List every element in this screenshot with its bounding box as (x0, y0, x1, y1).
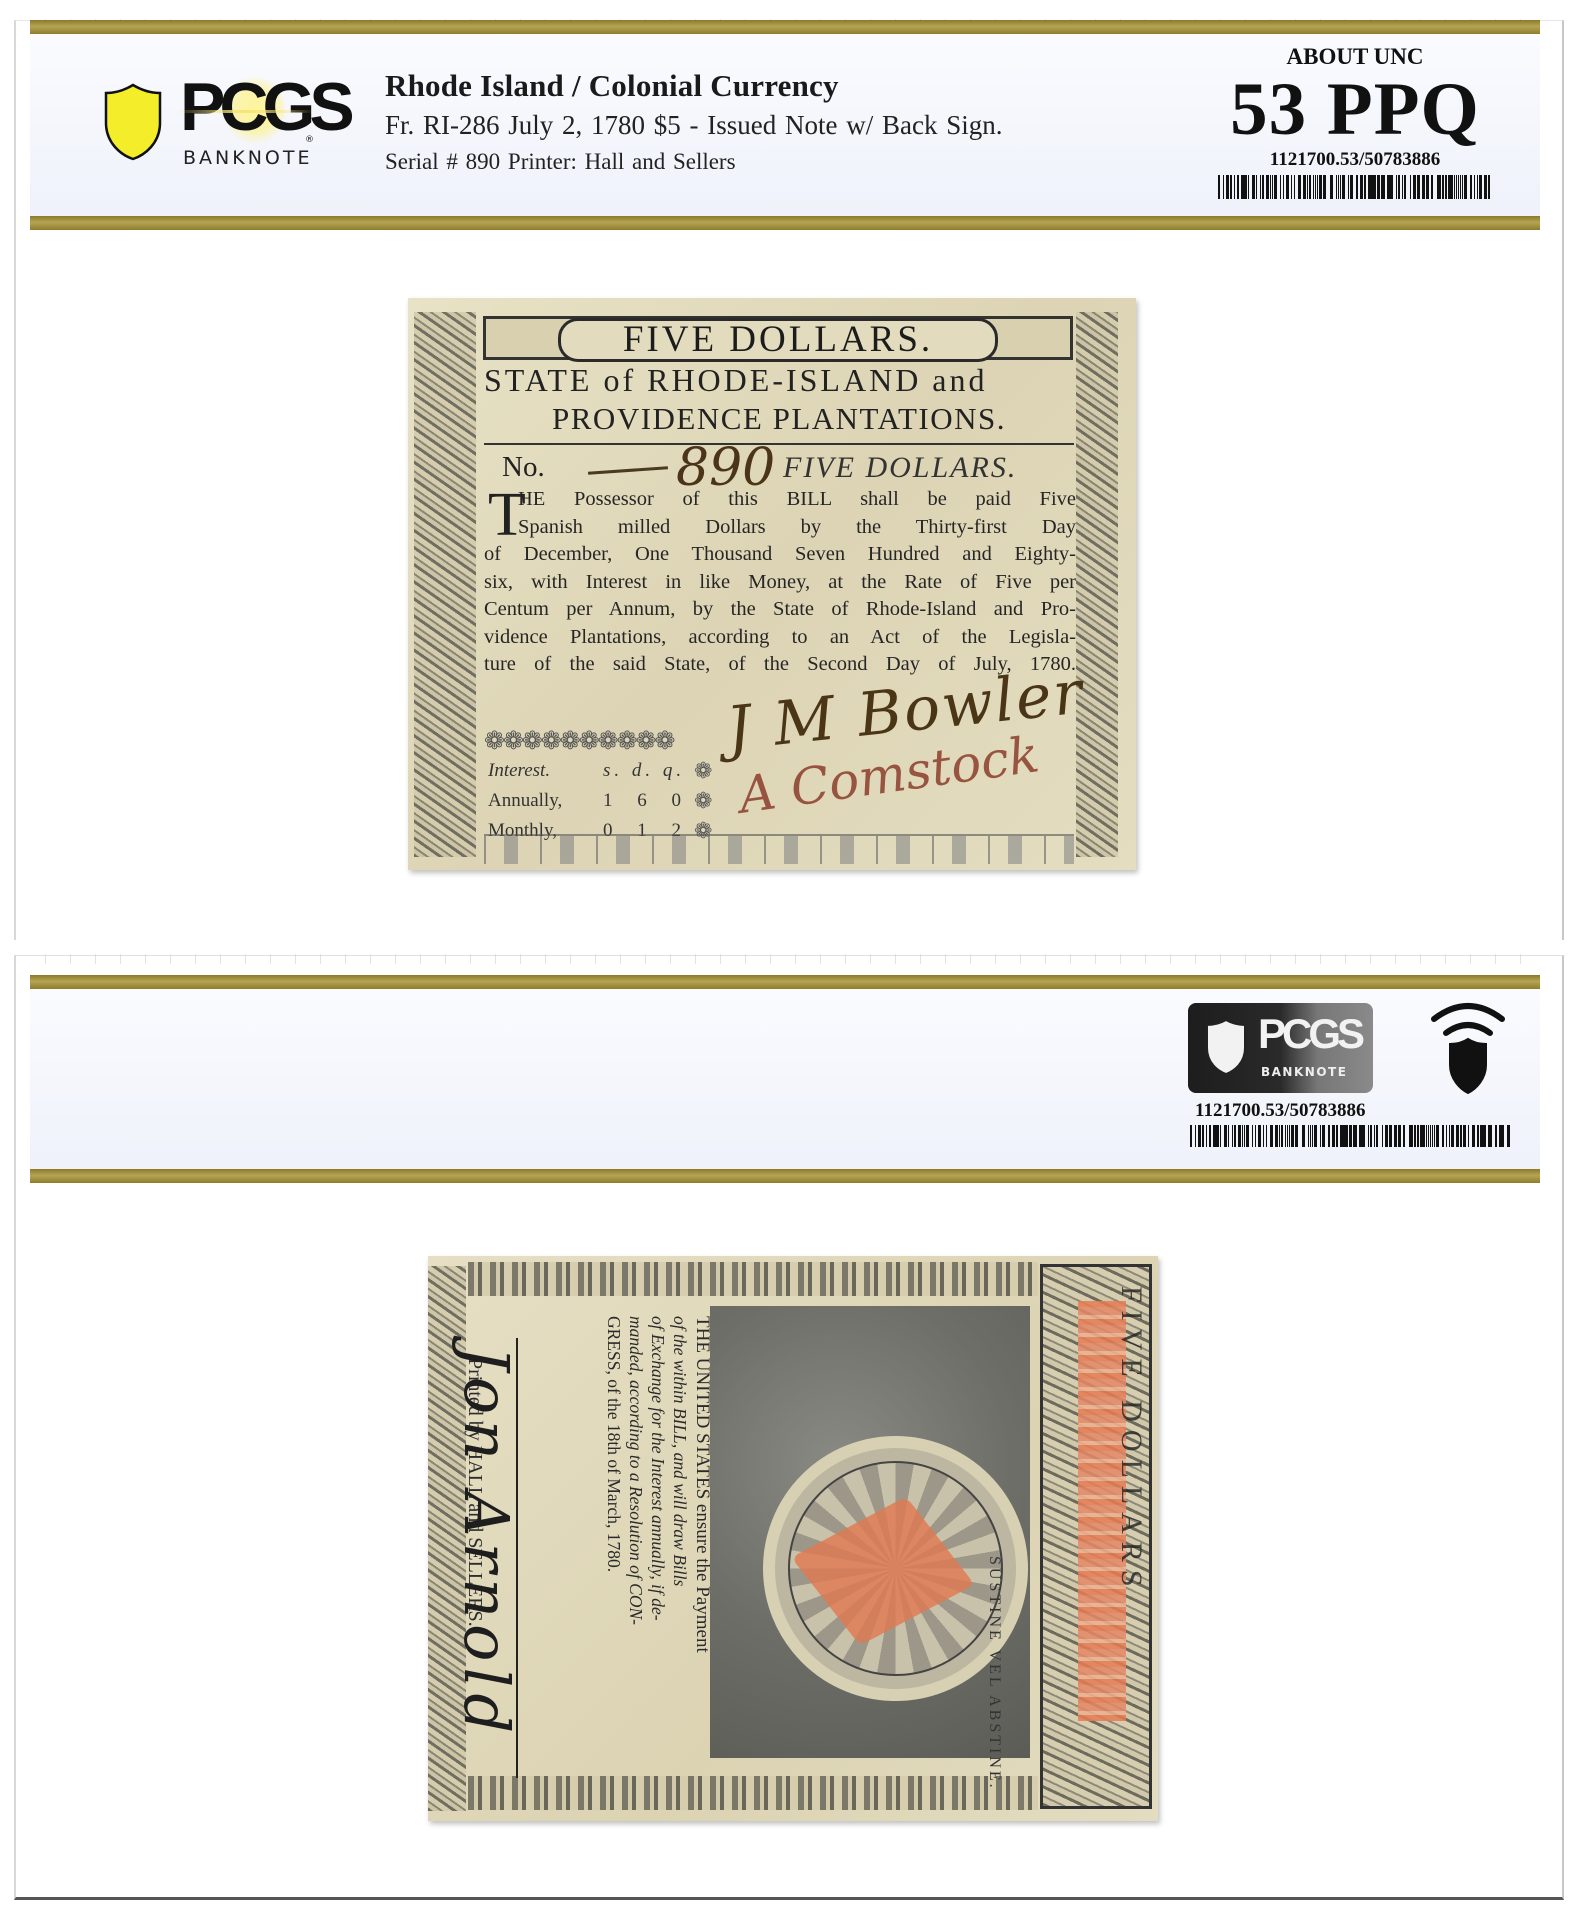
body-line: of December, One Thousand Seven Hundred … (484, 541, 1076, 569)
grade-value: 53 PPQ (1210, 72, 1500, 147)
shield-white-icon (1204, 1018, 1248, 1076)
brand-name: PCGS (180, 73, 349, 141)
label-catalog-line: Fr. RI-286 July 2, 1780 $5 - Issued Note… (385, 110, 1002, 141)
label-title: Rhode Island / Colonial Currency (385, 68, 1002, 104)
brand-sub: BANKNOTE (183, 147, 312, 169)
guarantee-line: manded, according to a Resolution of CON… (625, 1316, 647, 1786)
guarantee-rotated: THE UNITED STATES ensure the Payment of … (603, 1316, 713, 1786)
interest-header: Interest. (488, 756, 603, 786)
note-description: Rhode Island / Colonial Currency Fr. RI-… (385, 68, 1002, 175)
body-line: six, with Interest in like Money, at the… (484, 569, 1076, 597)
denomination: FIVE DOLLARS. (783, 451, 1017, 485)
cert-number: 1121700.53/50783886 (1210, 149, 1500, 171)
state-line: STATE of RHODE-ISLAND and (484, 362, 1074, 399)
back-label: PCGS BANKNOTE 1121700.53/50783886 (30, 975, 1540, 1183)
interest-units: s. d. q. (603, 756, 685, 786)
guarantee-line: of the within BILL, and will draw Bills (669, 1316, 691, 1786)
back-signature: Jon Arnold (450, 1346, 523, 1739)
right-ornamental-border (1076, 312, 1118, 857)
bottom-ornament (468, 1776, 1038, 1810)
guarantee-line: of Exchange for the Interest annually, i… (647, 1316, 669, 1786)
note-body: HE Possessor of this BILL shall be paid … (484, 486, 1076, 679)
gold-stripe-top (30, 20, 1540, 34)
pcgs-banknote-logo: PCGS ® BANKNOTE (75, 65, 325, 195)
guarantee-line: GRESS, of the 18th of March, 1780. (603, 1316, 625, 1786)
left-ornamental-border (414, 312, 476, 857)
side-denomination: FIVE DOLLARS (1114, 1286, 1148, 1595)
body-line: Spanish milled Dollars by the Thirty-fir… (484, 514, 1076, 542)
gold-stripe-top (30, 975, 1540, 989)
gold-stripe-bottom (30, 1169, 1540, 1183)
top-ornament (468, 1262, 1038, 1296)
body-line: Centum per Annum, by the State of Rhode-… (484, 596, 1076, 624)
label-serial-line: Serial # 890 Printer: Hall and Sellers (385, 149, 1002, 175)
holder-edge-texture (34, 954, 1532, 964)
serial-dash (588, 466, 668, 475)
nfc-shield-icon (1428, 997, 1508, 1097)
body-line: vidence Plantations, according to an Act… (484, 624, 1076, 652)
logo-flare (175, 110, 315, 113)
pcgs-badge-icon: PCGS BANKNOTE (1188, 1003, 1373, 1093)
body-line: HE Possessor of this BILL shall be paid … (484, 486, 1076, 514)
brand-sub: BANKNOTE (1261, 1065, 1347, 1079)
seal-motto: SUSTINE VEL ABSTINE. (985, 1556, 1003, 1791)
rosette-column: ❁❁❁ (694, 756, 712, 846)
rosette-row: ❁❁❁❁❁❁❁❁❁❁ (484, 726, 673, 756)
barcode-icon (1190, 1125, 1515, 1147)
guarantee-text: THE UNITED STATES ensure the Payment of … (578, 1316, 718, 1786)
note-title: FIVE DOLLARS. (558, 318, 998, 362)
interest-value: 1 6 0 (603, 786, 691, 816)
gold-stripe-bottom (30, 216, 1540, 230)
front-label: PCGS ® BANKNOTE Rhode Island / Colonial … (30, 20, 1540, 230)
front-banknote: FIVE DOLLARS. STATE of RHODE-ISLAND and … (408, 298, 1136, 870)
back-banknote: Printed by HALL and SELLERS. Jon Arnold … (428, 1256, 1158, 1821)
grade-adjective: ABOUT UNC (1210, 44, 1500, 70)
shield-logo-icon (103, 83, 163, 161)
province-line: PROVIDENCE PLANTATIONS. (484, 401, 1074, 437)
interest-label: Annually, (488, 786, 603, 816)
number-label: No. (502, 451, 545, 484)
registered-mark: ® (305, 135, 314, 145)
cert-number: 1121700.53/50783886 (1195, 1100, 1365, 1122)
bottom-ornament (484, 834, 1074, 864)
grade-block: ABOUT UNC 53 PPQ 1121700.53/50783886 (1210, 44, 1500, 204)
barcode-icon (1218, 175, 1493, 199)
divider (484, 443, 1074, 445)
interest-table: Interest.s. d. q. Annually,1 6 0 Monthly… (488, 756, 691, 846)
brand-name: PCGS (1258, 1013, 1361, 1055)
